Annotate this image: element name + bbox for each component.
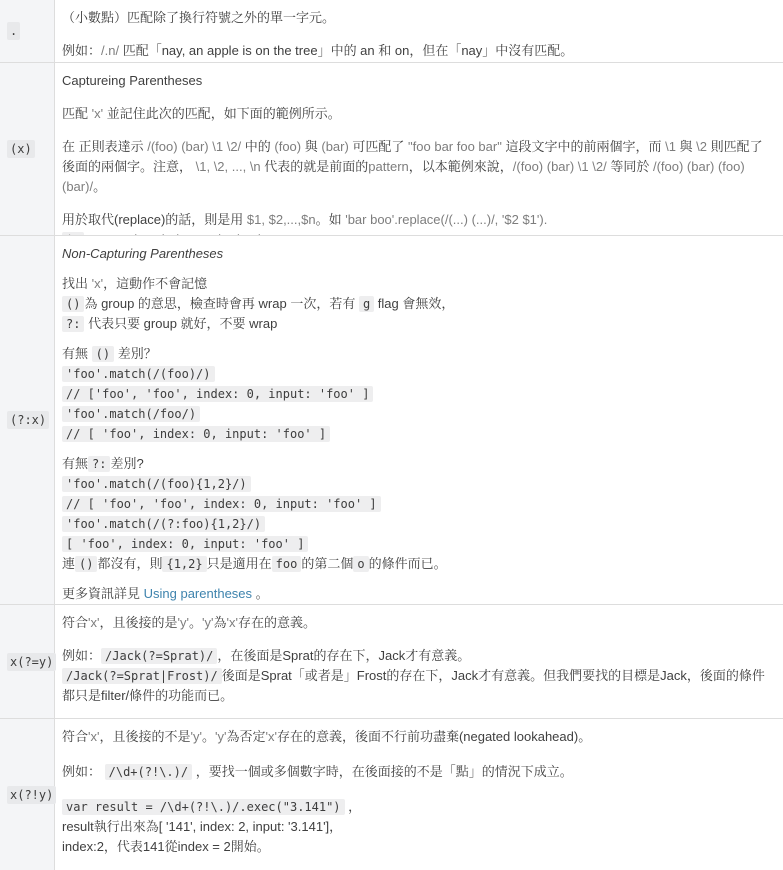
table-row: (x)Captureing Parentheses匹配 'x' 並記住此次的匹配…	[0, 63, 783, 236]
inline-code: ()	[75, 556, 97, 572]
text-segment: 。	[202, 729, 215, 744]
text-segment: 符合	[62, 729, 88, 744]
inline-code: g	[359, 296, 374, 312]
inline-code: // [ 'foo', 'foo', index: 0, input: 'foo…	[62, 496, 381, 512]
text-segment: 只是適用在	[207, 556, 272, 571]
inline-code: ?:	[88, 456, 110, 472]
text-segment: 連	[62, 556, 75, 571]
pattern-cell: x(?=y)	[0, 605, 55, 718]
using-parentheses-link[interactable]: Using parentheses	[144, 586, 252, 601]
text-segment: ，且後接的是	[99, 615, 177, 630]
paragraph: 有無 () 差別？'foo'.match(/(foo)/)// ['foo', …	[62, 344, 775, 444]
regex-literal: 'y'	[178, 615, 189, 630]
inline-code: ()	[62, 296, 84, 312]
inline-code: 'foo'.match(/(?:foo){1,2}/)	[62, 516, 265, 532]
text-segment: ，且後接的不是	[99, 729, 190, 744]
pattern-cell: x(?!y)	[0, 719, 55, 870]
text-segment: 例如：	[62, 764, 105, 779]
description-cell: 符合'x'，且後接的是'y'。'y'為'x'存在的意義。例如：/Jack(?=S…	[55, 605, 783, 718]
text-segment: 匹配「nay, an apple is on the tree」中的 an 和 …	[119, 43, 573, 58]
text-segment: 這段文字中的前兩個字，而	[502, 139, 665, 154]
regex-doc-page: .（小數點）匹配除了換行符號之外的單一字元。例如：/.n/ 匹配「nay, an…	[0, 0, 783, 870]
paragraph: 例如：/Jack(?=Sprat)/，在後面是Sprat的存在下，Jack才有意…	[62, 646, 775, 706]
regex-literal: /(foo) (bar) \1 \2/	[513, 159, 607, 174]
text-segment: 有無	[62, 456, 88, 471]
text-segment: 可匹配了	[349, 139, 408, 154]
text-segment: 中的	[241, 139, 274, 154]
text-segment: 與	[676, 139, 696, 154]
pattern-code: .	[7, 22, 20, 40]
text-segment: ，以本範例來說，	[409, 159, 513, 174]
text-segment: Captureing Parentheses	[62, 73, 202, 88]
description-cell: Captureing Parentheses匹配 'x' 並記住此次的匹配，如下…	[55, 63, 783, 235]
text-segment: 有無	[62, 346, 92, 361]
paragraph: Non-Capturing Parentheses	[62, 244, 775, 264]
text-segment: 差別?	[110, 456, 143, 471]
inline-code: $&	[62, 232, 84, 235]
inline-code: foo	[272, 556, 302, 572]
paragraph: 在 正則表達示 /(foo) (bar) \1 \2/ 中的 (foo) 與 (…	[62, 137, 775, 197]
text-segment: 差別？	[114, 346, 157, 361]
regex-literal: 'y'	[202, 615, 213, 630]
inline-code: // ['foo', 'foo', index: 0, input: 'foo'…	[62, 386, 373, 402]
regex-literal: 'x'	[226, 615, 237, 630]
regex-literal: 'x'	[92, 276, 103, 291]
table-row: x(?!y)符合'x'，且後接的不是'y'。'y'為否定'x'存在的意義，後面不…	[0, 719, 783, 870]
paragraph: 符合'x'，且後接的是'y'。'y'為'x'存在的意義。	[62, 613, 775, 633]
text-segment: result執行出來為[ '141', index: 2, input: '3.…	[62, 819, 342, 834]
regex-literal: (bar)	[321, 139, 348, 154]
table-row: x(?=y)符合'x'，且後接的是'y'。'y'為'x'存在的意義。例如：/Ja…	[0, 605, 783, 719]
paragraph: 有無?:差別?'foo'.match(/(foo){1,2}/)// [ 'fo…	[62, 454, 775, 574]
inline-code: /Jack(?=Sprat|Frost)/	[62, 668, 222, 684]
inline-code: o	[353, 556, 368, 572]
text-segment: 存在的意義，後面不行前功盡棄(negated lookahead)。	[277, 729, 591, 744]
paragraph: 找出 'x'，這動作不會記憶()為 group 的意思，檢查時會再 wrap 一…	[62, 274, 775, 334]
pattern-code: x(?=y)	[7, 653, 56, 671]
text-segment: 代表的就是前面的	[261, 159, 369, 174]
text-segment: 的條件而已。	[369, 556, 447, 571]
regex-literal: /.n/	[101, 43, 119, 58]
regex-literal: 'x'	[88, 615, 99, 630]
text-segment: 都沒有，則	[97, 556, 162, 571]
text-segment: 為否定	[226, 729, 265, 744]
text-segment: 與	[301, 139, 321, 154]
inline-code: 'foo'.match(/foo/)	[62, 406, 200, 422]
pattern-cell: .	[0, 0, 55, 62]
text-segment: 符合	[62, 615, 88, 630]
text-segment: flag 會無效，	[374, 296, 454, 311]
regex-literal: \1, \2, ..., \n	[196, 159, 261, 174]
text-segment: ，	[345, 799, 362, 814]
regex-literal: 'y'	[191, 729, 202, 744]
text-segment: 例如：	[62, 43, 101, 58]
text-segment: 。	[93, 179, 106, 194]
paragraph: 例如：/.n/ 匹配「nay, an apple is on the tree」…	[62, 41, 775, 61]
pattern-code: (?:x)	[7, 411, 49, 429]
inline-code: 'foo'.match(/(foo)/)	[62, 366, 215, 382]
inline-code: /Jack(?=Sprat)/	[101, 648, 217, 664]
text-segment: 例如：	[62, 648, 101, 663]
text-segment: 並記住此次的匹配，如下面的範例所示。	[103, 106, 341, 121]
regex-literal: $1, $2,...,$n	[247, 212, 316, 227]
regex-literal: /(foo) (bar) \1 \2/	[147, 139, 241, 154]
text-segment: 更多資訊詳見	[62, 586, 144, 601]
text-segment: Non-Capturing Parentheses	[62, 246, 223, 261]
regex-literal: "foo bar foo bar"	[408, 139, 502, 154]
description-cell: 符合'x'，且後接的不是'y'。'y'為否定'x'存在的意義，後面不行前功盡棄(…	[55, 719, 783, 870]
regex-literal: 'x'	[92, 106, 103, 121]
inline-code: 'foo'.match(/(foo){1,2}/)	[62, 476, 251, 492]
text-segment: 的第二個	[301, 556, 353, 571]
inline-code: var result = /\d+(?!\.)/.exec("3.141")	[62, 799, 345, 815]
table-row: (?:x)Non-Capturing Parentheses找出 'x'，這動作…	[0, 236, 783, 605]
text-segment: 用於取代(replace)的話，則是用	[62, 212, 247, 227]
regex-literal: (foo)	[274, 139, 301, 154]
paragraph: 例如： /\d+(?!\.)/ ，要找一個或多個數字時，在後面接的不是「點」的情…	[62, 762, 775, 782]
text-segment: ，在後面是Sprat的存在下，Jack才有意義。	[217, 648, 470, 663]
paragraph: var result = /\d+(?!\.)/.exec("3.141") ，…	[62, 797, 775, 857]
text-segment: 為 group 的意思，檢查時會再 wrap 一次，若有	[84, 296, 359, 311]
text-segment: 匹配	[62, 106, 92, 121]
pattern-cell: (x)	[0, 63, 55, 235]
text-segment: 代表只要 group 就好，不要 wrap	[84, 316, 277, 331]
inline-code: ?:	[62, 316, 84, 332]
text-segment: 等同於	[607, 159, 653, 174]
text-segment: index:2，代表141從index = 2開始。	[62, 839, 270, 854]
paragraph: （小數點）匹配除了換行符號之外的單一字元。	[62, 8, 775, 28]
regex-literal: 'x'	[265, 729, 276, 744]
text-segment: ，這動作不會記憶	[103, 276, 207, 291]
text-segment: 。	[252, 586, 269, 601]
paragraph: Captureing Parentheses	[62, 71, 775, 91]
regex-literal: \2	[696, 139, 707, 154]
paragraph: 更多資訊詳見 Using parentheses 。	[62, 584, 775, 604]
regex-literal: \1	[665, 139, 676, 154]
regex-literal: 'y'	[215, 729, 226, 744]
regex-reference-table: .（小數點）匹配除了換行符號之外的單一字元。例如：/.n/ 匹配「nay, an…	[0, 0, 783, 870]
table-row: .（小數點）匹配除了換行符號之外的單一字元。例如：/.n/ 匹配「nay, an…	[0, 0, 783, 63]
inline-code: // [ 'foo', index: 0, input: 'foo' ]	[62, 426, 330, 442]
description-cell: Non-Capturing Parentheses找出 'x'，這動作不會記憶(…	[55, 236, 783, 604]
text-segment: 在 正則表達示	[62, 139, 147, 154]
paragraph: 用於取代(replace)的話，則是用 $1, $2,...,$n。如 'bar…	[62, 210, 775, 235]
description-cell: （小數點）匹配除了換行符號之外的單一字元。例如：/.n/ 匹配「nay, an …	[55, 0, 783, 62]
text-segment: 為	[213, 615, 226, 630]
inline-code: /\d+(?!\.)/	[105, 764, 192, 780]
inline-code: {1,2}	[162, 556, 206, 572]
pattern-code: x(?!y)	[7, 786, 56, 804]
pattern-cell: (?:x)	[0, 236, 55, 604]
pattern-code: (x)	[7, 140, 35, 158]
text-segment: 找出	[62, 276, 92, 291]
inline-code: ()	[92, 346, 114, 362]
paragraph: 符合'x'，且後接的不是'y'。'y'為否定'x'存在的意義，後面不行前功盡棄(…	[62, 727, 775, 747]
text-segment: （小數點）匹配除了換行符號之外的單一字元。	[62, 10, 335, 25]
regex-literal: 'x'	[88, 729, 99, 744]
text-segment: means the whole matched string.	[84, 232, 278, 235]
text-segment: 。如	[316, 212, 346, 227]
paragraph: 匹配 'x' 並記住此次的匹配，如下面的範例所示。	[62, 104, 775, 124]
regex-literal: pattern	[368, 159, 408, 174]
regex-literal: 'bar boo'.replace(/(...) (...)/, '$2 $1'…	[345, 212, 547, 227]
inline-code: [ 'foo', index: 0, input: 'foo' ]	[62, 536, 308, 552]
text-segment: ，要找一個或多個數字時，在後面接的不是「點」的情況下成立。	[192, 764, 573, 779]
text-segment: 存在的意義。	[238, 615, 316, 630]
text-segment: 。	[189, 615, 202, 630]
